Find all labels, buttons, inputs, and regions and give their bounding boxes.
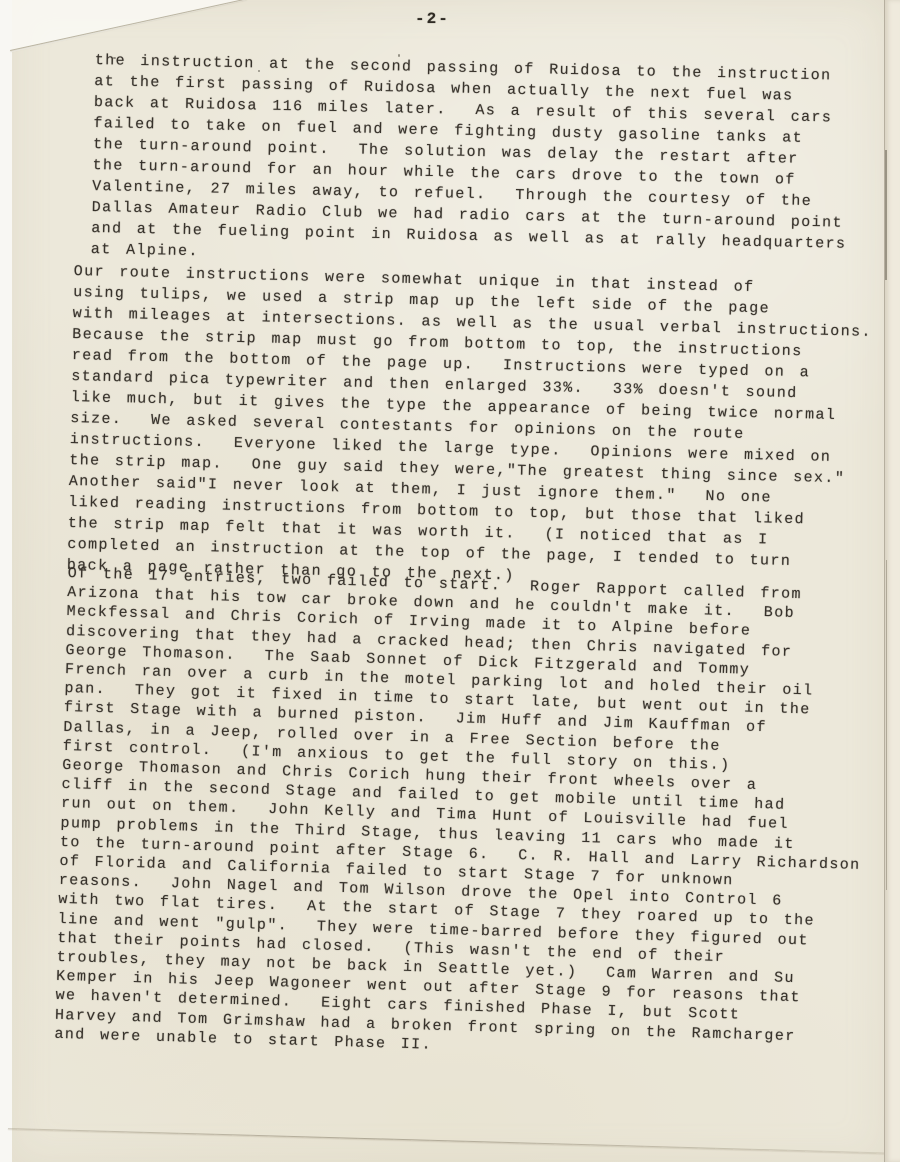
ink-speck (398, 54, 400, 57)
ink-speck (113, 57, 116, 59)
ink-speck (258, 70, 260, 72)
page-number: -2- (415, 10, 450, 28)
bottom-fold-crease (8, 1128, 900, 1155)
corner-fold (12, 0, 247, 52)
document-page: -2- the instruction at the second passin… (12, 0, 884, 1162)
paragraph-entries-attrition: Of the 17 entries, two failed to start. … (54, 564, 868, 1067)
page-right-edge (884, 0, 900, 1162)
edge-streak (886, 560, 887, 890)
edge-streak (885, 150, 887, 280)
paragraph-route-instructions: Our route instructions were somewhat uni… (67, 261, 874, 595)
paragraph-fuel-stop: the instruction at the second passing of… (91, 50, 851, 276)
